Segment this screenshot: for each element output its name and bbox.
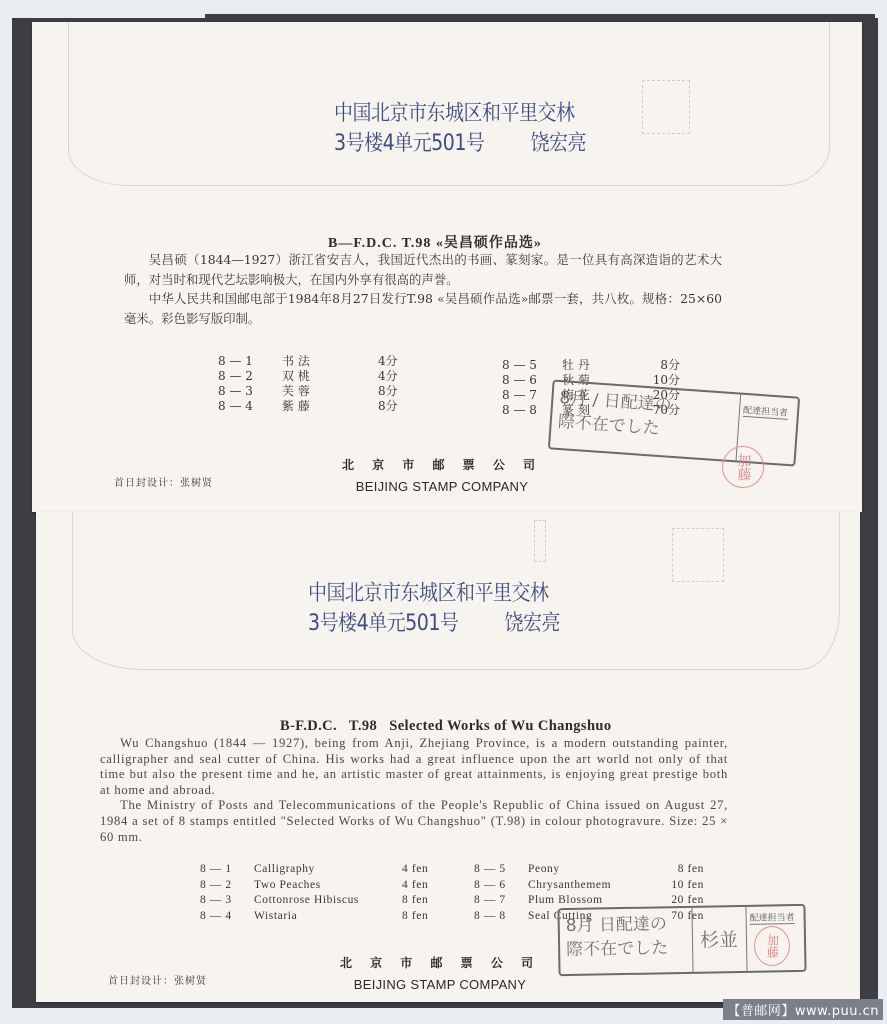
designer-credit: 首日封设计：张树贤 — [108, 972, 207, 987]
table-row: 8 — 5牡 丹8分 — [502, 358, 680, 373]
paragraph: The Ministry of Posts and Telecommunicat… — [100, 798, 728, 845]
issuer: 北 京 市 邮 票 公 司 BEIJING STAMP COMPANY — [322, 456, 562, 494]
carrier-signature: 杉並 — [700, 925, 738, 953]
fdc-title: B-F.D.C. T.98 Selected Works of Wu Chang… — [280, 718, 612, 735]
address-line-2: 3号楼4单元501号 — [308, 610, 458, 635]
table-row: 8 — 3Cottonrose Hibiscus8 fen — [200, 893, 428, 909]
recipient-name: 饶宏亮 — [530, 130, 586, 155]
handwritten-address: 中国北京市东城区和平里交林 3号楼4单元501号饶宏亮 — [334, 98, 586, 158]
personal-seal: 加藤 — [722, 446, 764, 488]
recipient-name: 饶宏亮 — [504, 610, 560, 635]
paragraph: 吴昌硕（1844—1927）浙江省安吉人，我国近代杰出的书画、篆刻家。是一位具有… — [124, 250, 722, 289]
stamp-list-left: 8 — 1Calligraphy4 fen 8 — 2Two Peaches4 … — [200, 862, 428, 924]
company-name-en: BEIJING STAMP COMPANY — [320, 977, 560, 992]
carrier-label: 配達担当者 — [750, 910, 795, 925]
faint-postmark — [642, 80, 690, 134]
company-name-zh: 北 京 市 邮 票 公 司 — [322, 456, 562, 473]
faint-postmark — [672, 528, 724, 582]
issuer: 北 京 市 邮 票 公 司 BEIJING STAMP COMPANY — [320, 954, 560, 992]
fdc-title: B—F.D.C. T.98 «吴昌硕作品选» — [328, 232, 542, 252]
address-line-1: 中国北京市东城区和平里交林 — [308, 578, 560, 608]
site-watermark: 【普邮网】www.puu.cn — [723, 999, 883, 1020]
table-row: 8 — 2双 桃4分 — [218, 369, 398, 384]
table-row: 8 — 6Chrysanthemem10 fen — [474, 878, 704, 894]
stamp-list-left: 8 — 1书 法4分 8 — 2双 桃4分 8 — 3芙 蓉8分 8 — 4紫 … — [218, 354, 398, 414]
envelope-english: 中国北京市东城区和平里交林 3号楼4单元501号饶宏亮 B-F.D.C. T.9… — [36, 512, 860, 1002]
envelope-chinese: 中国北京市东城区和平里交林 3号楼4单元501号饶宏亮 B—F.D.C. T.9… — [32, 22, 862, 512]
company-name-zh: 北 京 市 邮 票 公 司 — [320, 954, 560, 971]
designer-credit: 首日封设计：张树贤 — [114, 474, 213, 489]
faint-postmark — [534, 520, 546, 562]
redelivery-notice-stamp: 8月 / 日配達の 際不在でした 配達担当者 — [548, 379, 800, 466]
notice-text: 8月 日配達の 際不在でした — [566, 912, 669, 962]
table-row: 8 — 4紫 藤8分 — [218, 399, 398, 414]
paragraph: 中华人民共和国邮电部于1984年8月27日发行T.98 «吴昌硕作品选»邮票一套… — [124, 289, 722, 328]
table-row: 8 — 3芙 蓉8分 — [218, 384, 398, 399]
table-row: 8 — 1书 法4分 — [218, 354, 398, 369]
stamp-divider — [691, 908, 693, 972]
table-row: 8 — 1Calligraphy4 fen — [200, 862, 428, 878]
handwritten-address: 中国北京市东城区和平里交林 3号楼4单元501号饶宏亮 — [308, 578, 560, 638]
table-row: 8 — 5Peony8 fen — [474, 862, 704, 878]
company-name-en: BEIJING STAMP COMPANY — [322, 479, 562, 494]
table-row: 8 — 4Wistaria8 fen — [200, 909, 428, 925]
description-text: Wu Changshuo (1844 — 1927), being from A… — [100, 736, 728, 845]
table-row: 8 — 2Two Peaches4 fen — [200, 878, 428, 894]
paragraph: Wu Changshuo (1844 — 1927), being from A… — [100, 736, 728, 798]
address-line-2: 3号楼4单元501号 — [334, 130, 484, 155]
address-line-1: 中国北京市东城区和平里交林 — [334, 98, 586, 128]
personal-seal: 加藤 — [754, 926, 790, 966]
stamp-divider — [745, 907, 747, 971]
notice-text: 8月 / 日配達の 際不在でした — [557, 386, 672, 442]
description-text: 吴昌硕（1844—1927）浙江省安吉人，我国近代杰出的书画、篆刻家。是一位具有… — [124, 250, 722, 328]
carrier-label: 配達担当者 — [743, 403, 789, 420]
